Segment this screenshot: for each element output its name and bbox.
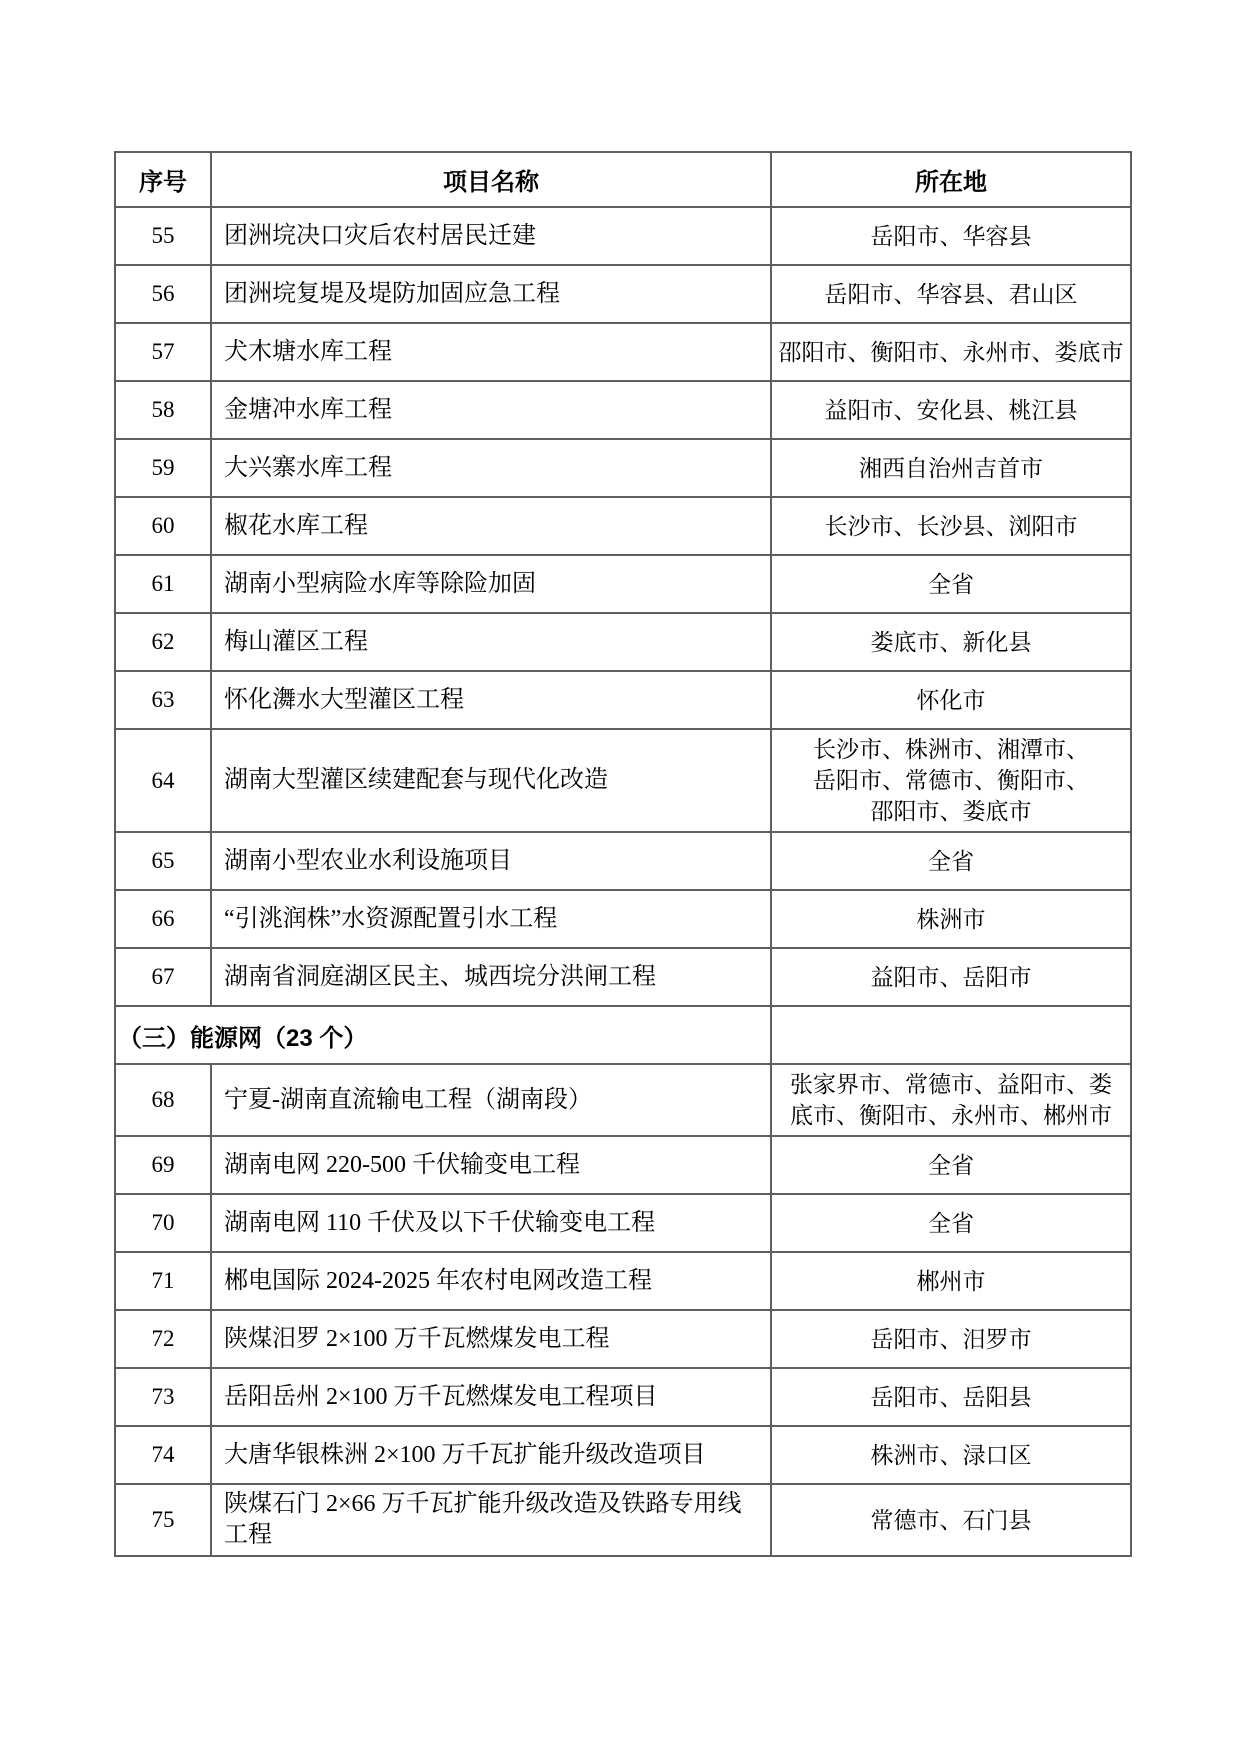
row-number-cell: 65 xyxy=(115,832,211,890)
location-cell: 郴州市 xyxy=(771,1252,1131,1310)
location-cell: 常德市、石门县 xyxy=(771,1484,1131,1556)
project-name-cell: 陕煤汨罗 2×100 万千瓦燃煤发电工程 xyxy=(211,1310,771,1368)
row-number-cell: 73 xyxy=(115,1368,211,1426)
col-header-no: 序号 xyxy=(115,152,211,207)
location-cell: 全省 xyxy=(771,1136,1131,1194)
row-number-cell: 58 xyxy=(115,381,211,439)
location-cell: 全省 xyxy=(771,555,1131,613)
table-row: 70湖南电网 110 千伏及以下千伏输变电工程全省 xyxy=(115,1194,1131,1252)
col-header-location: 所在地 xyxy=(771,152,1131,207)
row-number-cell: 60 xyxy=(115,497,211,555)
table-row: 73岳阳岳州 2×100 万千瓦燃煤发电工程项目岳阳市、岳阳县 xyxy=(115,1368,1131,1426)
table-row: 63怀化㵲水大型灌区工程怀化市 xyxy=(115,671,1131,729)
project-name-cell: 湖南小型农业水利设施项目 xyxy=(211,832,771,890)
row-number-cell: 61 xyxy=(115,555,211,613)
header-row: 序号 项目名称 所在地 xyxy=(115,152,1131,207)
table-row: 62梅山灌区工程娄底市、新化县 xyxy=(115,613,1131,671)
table-row: 59大兴寨水库工程湘西自治州吉首市 xyxy=(115,439,1131,497)
location-cell: 岳阳市、汨罗市 xyxy=(771,1310,1131,1368)
table-header: 序号 项目名称 所在地 xyxy=(115,152,1131,207)
row-number-cell: 70 xyxy=(115,1194,211,1252)
project-name-cell: 怀化㵲水大型灌区工程 xyxy=(211,671,771,729)
project-name-cell: 椒花水库工程 xyxy=(211,497,771,555)
section-empty-cell xyxy=(771,1006,1131,1064)
row-number-cell: 59 xyxy=(115,439,211,497)
table-row: 58金塘冲水库工程益阳市、安化县、桃江县 xyxy=(115,381,1131,439)
table-row: 60椒花水库工程长沙市、长沙县、浏阳市 xyxy=(115,497,1131,555)
location-cell: 全省 xyxy=(771,1194,1131,1252)
project-name-cell: 大唐华银株洲 2×100 万千瓦扩能升级改造项目 xyxy=(211,1426,771,1484)
location-cell: 益阳市、岳阳市 xyxy=(771,948,1131,1006)
table-body: 55团洲垸决口灾后农村居民迁建岳阳市、华容县56团洲垸复堤及堤防加固应急工程岳阳… xyxy=(115,207,1131,1556)
project-name-cell: 湖南电网 110 千伏及以下千伏输变电工程 xyxy=(211,1194,771,1252)
table-row: 56团洲垸复堤及堤防加固应急工程岳阳市、华容县、君山区 xyxy=(115,265,1131,323)
location-cell: 怀化市 xyxy=(771,671,1131,729)
table-row: 71郴电国际 2024-2025 年农村电网改造工程郴州市 xyxy=(115,1252,1131,1310)
document-page: 序号 项目名称 所在地 55团洲垸决口灾后农村居民迁建岳阳市、华容县56团洲垸复… xyxy=(0,0,1240,1753)
project-name-cell: 湖南大型灌区续建配套与现代化改造 xyxy=(211,729,771,832)
location-cell: 长沙市、长沙县、浏阳市 xyxy=(771,497,1131,555)
row-number-cell: 69 xyxy=(115,1136,211,1194)
row-number-cell: 57 xyxy=(115,323,211,381)
project-name-cell: 团洲垸决口灾后农村居民迁建 xyxy=(211,207,771,265)
project-table: 序号 项目名称 所在地 55团洲垸决口灾后农村居民迁建岳阳市、华容县56团洲垸复… xyxy=(114,151,1132,1557)
project-name-cell: 梅山灌区工程 xyxy=(211,613,771,671)
project-name-cell: 湖南电网 220-500 千伏输变电工程 xyxy=(211,1136,771,1194)
location-cell: 邵阳市、衡阳市、永州市、娄底市 xyxy=(771,323,1131,381)
project-name-cell: 郴电国际 2024-2025 年农村电网改造工程 xyxy=(211,1252,771,1310)
row-number-cell: 71 xyxy=(115,1252,211,1310)
section-header-row: （三）能源网（23 个） xyxy=(115,1006,1131,1064)
row-number-cell: 72 xyxy=(115,1310,211,1368)
project-name-cell: 岳阳岳州 2×100 万千瓦燃煤发电工程项目 xyxy=(211,1368,771,1426)
table-row: 72陕煤汨罗 2×100 万千瓦燃煤发电工程岳阳市、汨罗市 xyxy=(115,1310,1131,1368)
project-name-cell: 陕煤石门 2×66 万千瓦扩能升级改造及铁路专用线 工程 xyxy=(211,1484,771,1556)
project-name-cell: 大兴寨水库工程 xyxy=(211,439,771,497)
location-cell: 岳阳市、华容县、君山区 xyxy=(771,265,1131,323)
project-name-cell: “引洮润株”水资源配置引水工程 xyxy=(211,890,771,948)
table-row: 57犬木塘水库工程邵阳市、衡阳市、永州市、娄底市 xyxy=(115,323,1131,381)
location-cell: 益阳市、安化县、桃江县 xyxy=(771,381,1131,439)
project-name-cell: 湖南省洞庭湖区民主、城西垸分洪闸工程 xyxy=(211,948,771,1006)
location-cell: 长沙市、株洲市、湘潭市、 岳阳市、常德市、衡阳市、 邵阳市、娄底市 xyxy=(771,729,1131,832)
row-number-cell: 62 xyxy=(115,613,211,671)
location-cell: 岳阳市、华容县 xyxy=(771,207,1131,265)
location-cell: 株洲市、渌口区 xyxy=(771,1426,1131,1484)
location-cell: 全省 xyxy=(771,832,1131,890)
row-number-cell: 68 xyxy=(115,1064,211,1136)
table-row: 74大唐华银株洲 2×100 万千瓦扩能升级改造项目株洲市、渌口区 xyxy=(115,1426,1131,1484)
row-number-cell: 74 xyxy=(115,1426,211,1484)
row-number-cell: 63 xyxy=(115,671,211,729)
project-name-cell: 团洲垸复堤及堤防加固应急工程 xyxy=(211,265,771,323)
location-cell: 湘西自治州吉首市 xyxy=(771,439,1131,497)
location-cell: 岳阳市、岳阳县 xyxy=(771,1368,1131,1426)
project-name-cell: 犬木塘水库工程 xyxy=(211,323,771,381)
row-number-cell: 55 xyxy=(115,207,211,265)
row-number-cell: 64 xyxy=(115,729,211,832)
table-row: 61湖南小型病险水库等除险加固全省 xyxy=(115,555,1131,613)
location-cell: 株洲市 xyxy=(771,890,1131,948)
section-header: （三）能源网（23 个） xyxy=(115,1006,771,1064)
project-name-cell: 宁夏-湖南直流输电工程（湖南段） xyxy=(211,1064,771,1136)
project-name-cell: 湖南小型病险水库等除险加固 xyxy=(211,555,771,613)
location-cell: 娄底市、新化县 xyxy=(771,613,1131,671)
location-cell: 张家界市、常德市、益阳市、娄 底市、衡阳市、永州市、郴州市 xyxy=(771,1064,1131,1136)
table-row: 55团洲垸决口灾后农村居民迁建岳阳市、华容县 xyxy=(115,207,1131,265)
row-number-cell: 66 xyxy=(115,890,211,948)
col-header-project-name: 项目名称 xyxy=(211,152,771,207)
row-number-cell: 75 xyxy=(115,1484,211,1556)
table-row: 66“引洮润株”水资源配置引水工程株洲市 xyxy=(115,890,1131,948)
table-row: 67湖南省洞庭湖区民主、城西垸分洪闸工程益阳市、岳阳市 xyxy=(115,948,1131,1006)
table-row: 68宁夏-湖南直流输电工程（湖南段）张家界市、常德市、益阳市、娄 底市、衡阳市、… xyxy=(115,1064,1131,1136)
row-number-cell: 67 xyxy=(115,948,211,1006)
table-row: 69湖南电网 220-500 千伏输变电工程全省 xyxy=(115,1136,1131,1194)
row-number-cell: 56 xyxy=(115,265,211,323)
table-row: 75陕煤石门 2×66 万千瓦扩能升级改造及铁路专用线 工程常德市、石门县 xyxy=(115,1484,1131,1556)
table-row: 64湖南大型灌区续建配套与现代化改造长沙市、株洲市、湘潭市、 岳阳市、常德市、衡… xyxy=(115,729,1131,832)
project-name-cell: 金塘冲水库工程 xyxy=(211,381,771,439)
table-row: 65湖南小型农业水利设施项目全省 xyxy=(115,832,1131,890)
